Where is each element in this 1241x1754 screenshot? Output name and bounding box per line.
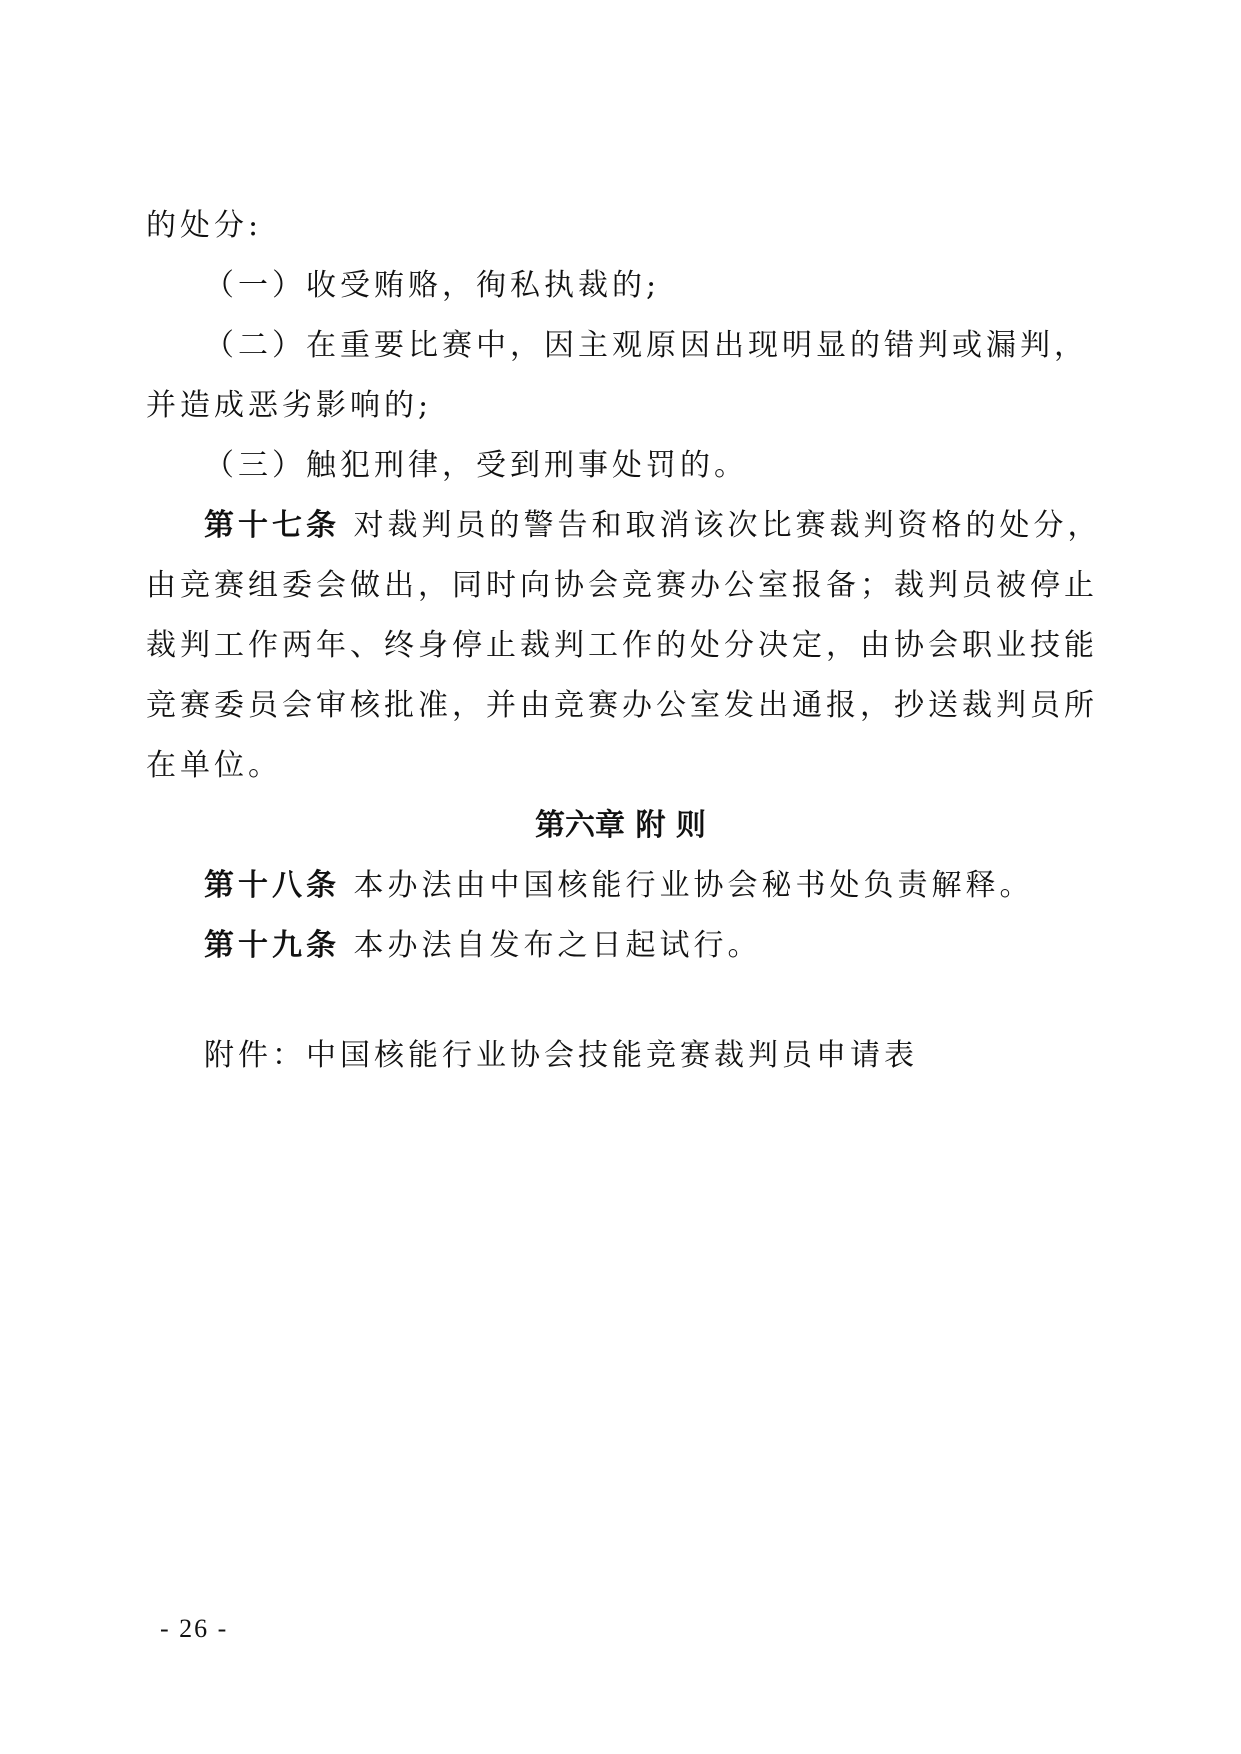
attachment-note: 附件：中国核能行业协会技能竞赛裁判员申请表 [204, 1036, 918, 1076]
list-item-3: （三）触犯刑律，受到刑事处罚的。 [204, 446, 748, 486]
article-17-line-4: 竞赛委员会审核批准，并由竞赛办公室发出通报，抄送裁判员所 [146, 686, 1098, 726]
article-18-text: 本办法由中国核能行业协会秘书处负责解释。 [354, 868, 1034, 903]
article-17-line-5: 在单位。 [146, 746, 282, 786]
article-19-label: 第十九条 [204, 928, 340, 963]
article-19: 第十九条 本办法自发布之日起试行。 [204, 926, 762, 966]
article-17-text: 对裁判员的警告和取消该次比赛裁判资格的处分， [354, 508, 1102, 543]
paragraph-line: 的处分: [146, 206, 262, 246]
list-item-1: （一）收受贿赂，徇私执裁的; [204, 266, 660, 306]
article-17: 第十七条 对裁判员的警告和取消该次比赛裁判资格的处分， [204, 506, 1102, 546]
article-17-line-3: 裁判工作两年、终身停止裁判工作的处分决定，由协会职业技能 [146, 626, 1098, 666]
chapter-heading: 第六章 附 则 [0, 806, 1241, 846]
article-18-label: 第十八条 [204, 868, 340, 903]
article-17-label: 第十七条 [204, 508, 340, 543]
article-19-text: 本办法自发布之日起试行。 [354, 928, 762, 963]
article-18: 第十八条 本办法由中国核能行业协会秘书处负责解释。 [204, 866, 1034, 906]
list-item-2: （二）在重要比赛中，因主观原因出现明显的错判或漏判， [204, 326, 1088, 366]
list-item-2-continued: 并造成恶劣影响的; [146, 386, 432, 426]
page-number: - 26 - [160, 1612, 228, 1646]
article-17-line-2: 由竞赛组委会做出，同时向协会竞赛办公室报备；裁判员被停止 [146, 566, 1098, 606]
